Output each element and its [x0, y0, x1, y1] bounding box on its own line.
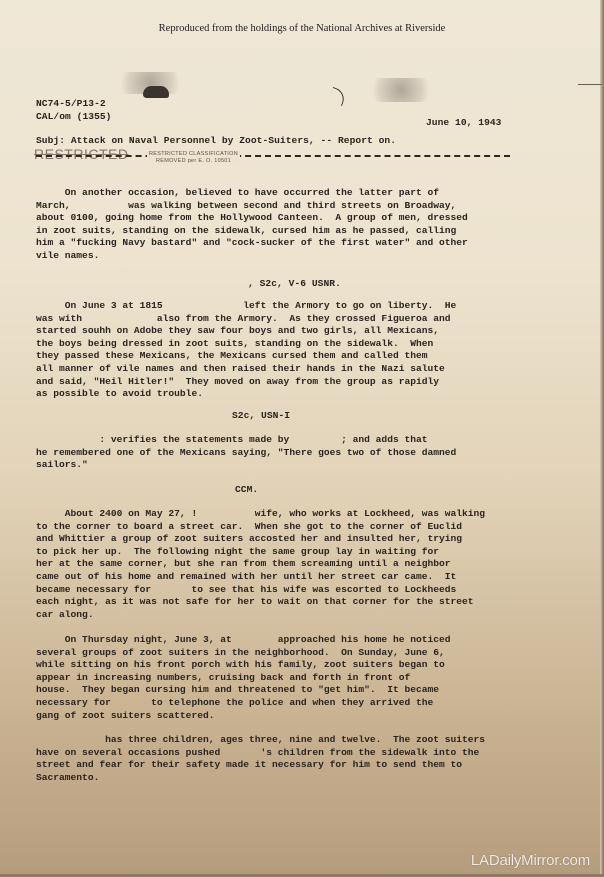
ink-blot [143, 86, 169, 98]
text-line: he remembered one of the Mexicans saying… [36, 447, 566, 460]
text-line: March, was walking between second and th… [36, 200, 566, 213]
text-line: About 2400 on May 27, ! wife, who works … [36, 508, 566, 521]
text-line: they passed these Mexicans, the Mexicans… [36, 350, 566, 363]
memo-date: June 10, 1943 [426, 117, 502, 130]
text-line: became necessary for to see that his wif… [36, 584, 566, 597]
text-line: has three children, ages three, nine and… [36, 734, 566, 747]
archive-header: Reproduced from the holdings of the Nati… [0, 23, 604, 34]
site-watermark: LADailyMirror.com [471, 852, 590, 869]
paragraph-children: has three children, ages three, nine and… [36, 734, 566, 784]
text-line: started souhh on Adobe they saw four boy… [36, 325, 566, 338]
paragraph-euclid-whittier-incident: About 2400 on May 27, ! wife, who works … [36, 508, 566, 621]
text-line: to the corner to board a street car. Whe… [36, 521, 566, 534]
paragraph-thursday-night: On Thursday night, June 3, at approached… [36, 634, 566, 722]
text-line: On another occasion, believed to have oc… [36, 187, 566, 200]
text-line: the boys being dressed in zoot suits, st… [36, 338, 566, 351]
text-line: and said, "Heil Hitler!" They moved on a… [36, 376, 566, 389]
declassification-line-1: RESTRICTED CLASSIFICATION [149, 151, 238, 158]
section-heading: CCM. [235, 484, 258, 497]
text-line: several groups of zoot suiters in the ne… [36, 647, 566, 660]
section-heading: S2c, USN-I [232, 410, 290, 423]
declassification-stamp: RESTRICTED CLASSIFICATION REMOVED per E.… [147, 151, 240, 165]
text-line: vile names. [36, 250, 566, 263]
text-line: was with also from the Armory. As they c… [36, 313, 566, 326]
text-line: On Thursday night, June 3, at approached… [36, 634, 566, 647]
paper-mark [328, 87, 347, 106]
text-line: in zoot suits, standing on the sidewalk,… [36, 225, 566, 238]
page-edge-shadow [600, 0, 604, 877]
text-line: Sacramento. [36, 772, 566, 785]
declassification-line-2: REMOVED per E. O. 10501 [149, 158, 238, 165]
text-line: while sitting on his front porch with hi… [36, 659, 566, 672]
text-line: and Whittier a group of zoot suiters acc… [36, 533, 566, 546]
text-line: all manner of vile names and then raised… [36, 363, 566, 376]
text-line: came out of his home and remained with h… [36, 571, 566, 584]
text-line: : verifies the statements made by ; and … [36, 434, 566, 447]
paragraph-broadway-incident: On another occasion, believed to have oc… [36, 187, 566, 263]
text-line: sailors." [36, 459, 566, 472]
text-line: each night, as it was not safe for her t… [36, 596, 566, 609]
text-line: have on several occasions pushed 's chil… [36, 747, 566, 760]
text-line: to pick her up. The following night the … [36, 546, 566, 559]
file-code: CAL/om (1355) [36, 111, 112, 124]
text-line: On June 3 at 1815 left the Armory to go … [36, 300, 566, 313]
text-line: house. They began cursing him and threat… [36, 684, 566, 697]
dashed-divider [36, 155, 510, 157]
reference-number: NC74-5/P13-2 [36, 98, 106, 111]
paragraph-armory-incident: On June 3 at 1815 left the Armory to go … [36, 300, 566, 401]
restricted-stamp: RESTRICTED [34, 146, 128, 162]
section-heading: , S2c, V-6 USNR. [248, 278, 341, 291]
text-line: about 0100, going home from the Hollywoo… [36, 212, 566, 225]
edge-mark [578, 84, 602, 85]
text-line: appear in increasing numbers, cruising b… [36, 672, 566, 685]
punch-hole-speckle-right [365, 78, 437, 102]
text-line: necessary for to telephone the police an… [36, 697, 566, 710]
paragraph-verification: : verifies the statements made by ; and … [36, 434, 566, 472]
text-line: street and fear for their safety made it… [36, 759, 566, 772]
document-page: Reproduced from the holdings of the Nati… [0, 0, 604, 877]
text-line: car along. [36, 609, 566, 622]
text-line: him a "fucking Navy bastard" and "cock-s… [36, 237, 566, 250]
text-line: gang of zoot suiters scattered. [36, 710, 566, 723]
text-line: as possible to avoid trouble. [36, 388, 566, 401]
text-line: her at the same corner, but she ran from… [36, 558, 566, 571]
